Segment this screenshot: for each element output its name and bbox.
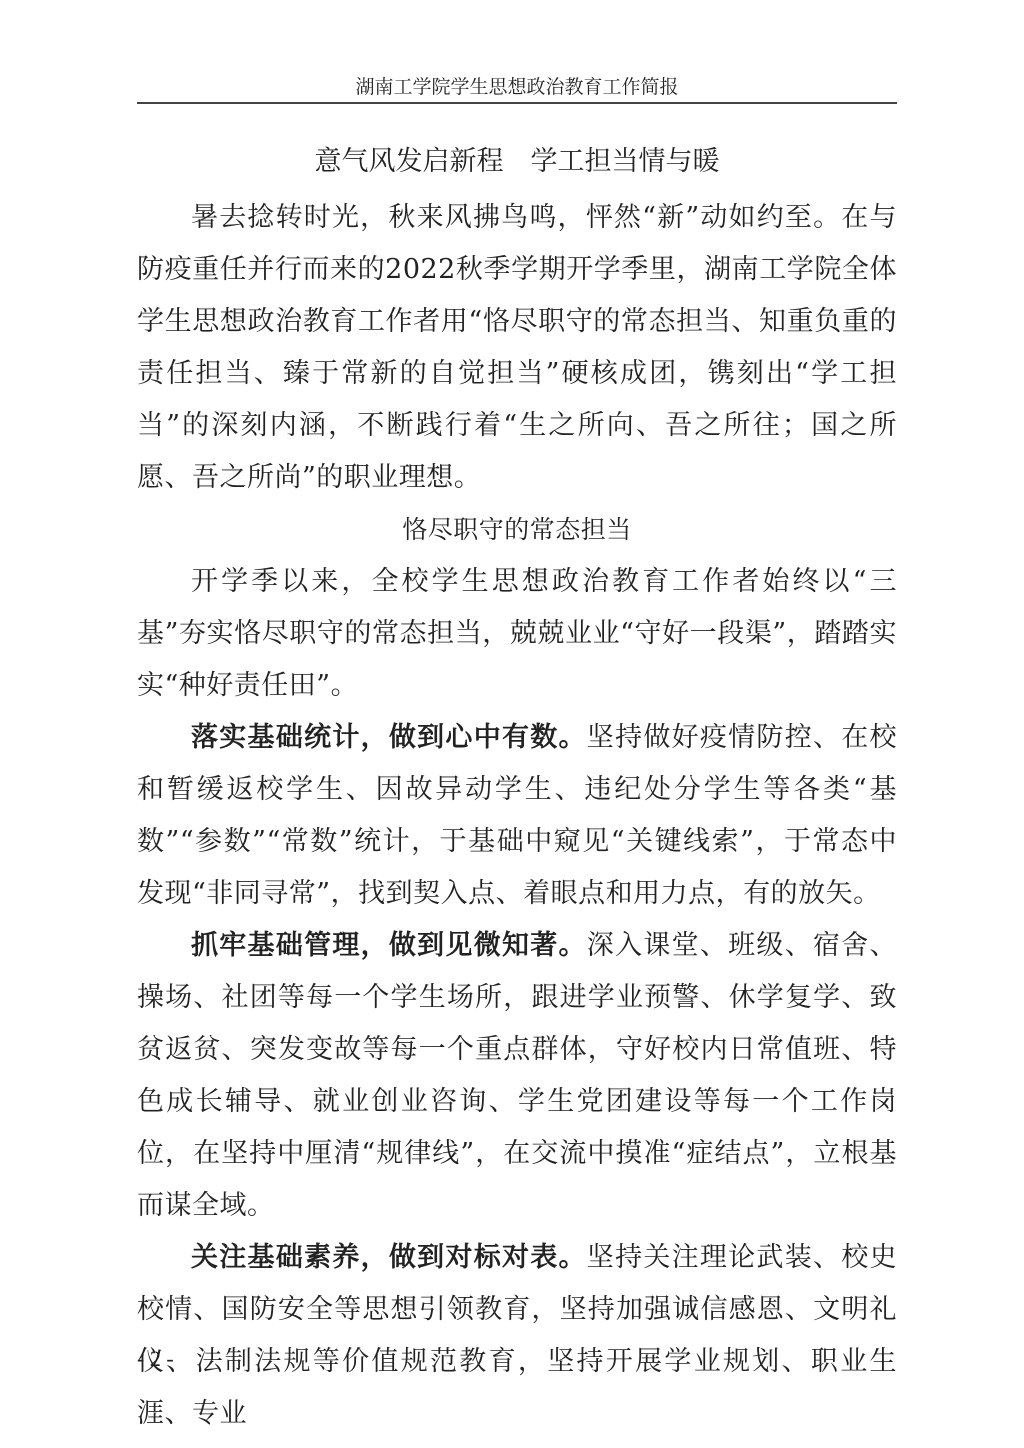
page-number: - 2 -: [137, 1346, 174, 1372]
point-paragraph-2: 抓牢基础管理，做到见微知著。深入课堂、班级、宿舍、操场、社团等每一个学生场所，跟…: [137, 920, 897, 1232]
point-text: 深入课堂、班级、宿舍、操场、社团等每一个学生场所，跟进学业预警、休学复学、致贫返…: [137, 930, 897, 1221]
point-lead: 抓牢基础管理，做到见微知著。: [191, 930, 587, 961]
intro-paragraph: 暑去捻转时光，秋来风拂鸟鸣，怦然“新”动如约至。在与防疫重任并行而来的2022秋…: [137, 192, 897, 504]
running-header: 湖南工学院学生思想政治教育工作简报: [137, 72, 897, 102]
point-lead: 落实基础统计，做到心中有数。: [191, 722, 587, 753]
point-paragraph-3: 关注基础素养，做到对标对表。坚持关注理论武装、校史校情、国防安全等思想引领教育，…: [137, 1232, 897, 1440]
article-title: 意气风发启新程 学工担当情与暖: [137, 140, 897, 184]
section-heading: 恪尽职守的常态担当: [137, 504, 897, 556]
point-paragraph-1: 落实基础统计，做到心中有数。坚持做好疫情防控、在校和暂缓返校学生、因故异动学生、…: [137, 712, 897, 920]
article-body: 暑去捻转时光，秋来风拂鸟鸣，怦然“新”动如约至。在与防疫重任并行而来的2022秋…: [137, 192, 897, 1440]
section-intro-paragraph: 开学季以来，全校学生思想政治教育工作者始终以“三基”夯实恪尽职守的常态担当，兢兢…: [137, 556, 897, 712]
header-rule: [137, 102, 897, 104]
point-lead: 关注基础素养，做到对标对表。: [191, 1242, 587, 1273]
